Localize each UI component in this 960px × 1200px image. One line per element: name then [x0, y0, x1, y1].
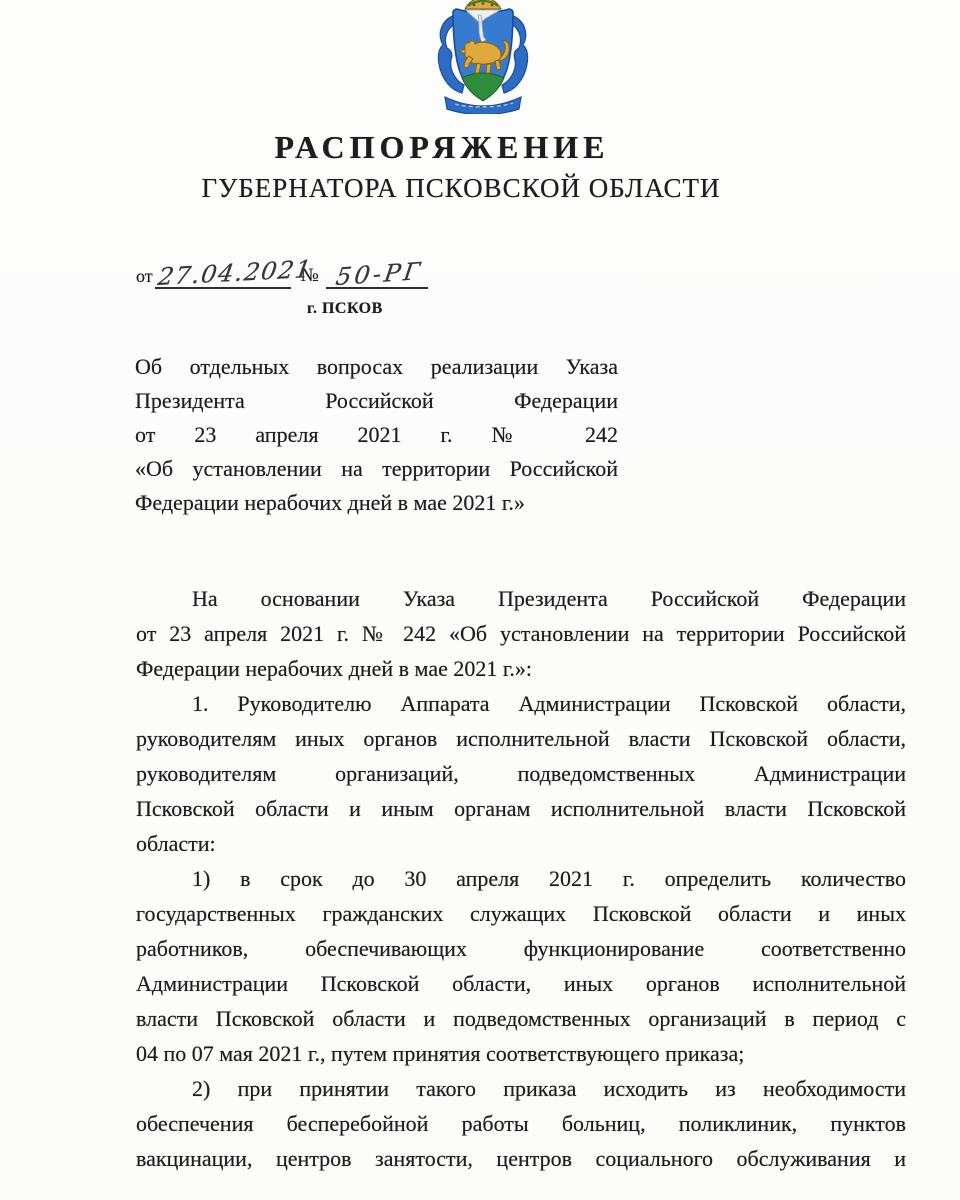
- body-line: Псковской области и иным органам исполни…: [136, 791, 906, 826]
- body-line: На основании Указа Президента Российской…: [136, 581, 906, 616]
- subject-line: Федерации нерабочих дней в мае 2021 г.»: [135, 486, 618, 520]
- body-line: от 23 апреля 2021 г. № 242 «Об установле…: [136, 616, 906, 651]
- subject-line: от 23 апреля 2021 г. № 242: [135, 418, 618, 452]
- body-line: Федерации нерабочих дней в мае 2021 г.»:: [136, 651, 906, 686]
- document-authority-title: ГУБЕРНАТОРА ПСКОВСКОЙ ОБЛАСТИ: [0, 173, 922, 204]
- subject-block: Об отдельных вопросах реализации Указа П…: [135, 350, 618, 520]
- paragraph-preamble: На основании Указа Президента Российской…: [136, 581, 906, 686]
- body-line: Администрации Псковской области, иных ор…: [136, 966, 906, 1001]
- body-line: руководителям организаций, подведомствен…: [136, 756, 906, 791]
- paragraph-subitem-2: 2) при принятии такого приказа исходить …: [136, 1071, 906, 1176]
- crown-icon: [465, 0, 501, 9]
- body-line: 1) в срок до 30 апреля 2021 г. определит…: [136, 861, 906, 896]
- number-field: 50-РГ: [326, 255, 428, 289]
- document-body: На основании Указа Президента Российской…: [136, 581, 906, 1176]
- body-line: работников, обеспечивающих функционирова…: [136, 931, 906, 966]
- place-label: г. ПСКОВ: [307, 300, 383, 318]
- body-line: вакцинации, центров занятости, центров с…: [136, 1141, 906, 1176]
- body-line: власти Псковской области и подведомствен…: [136, 1001, 906, 1036]
- body-line: государственных гражданских служащих Пск…: [136, 896, 906, 931]
- paragraph-item-1: 1. Руководителю Аппарата Администрации П…: [136, 686, 906, 861]
- document-kind-title: РАСПОРЯЖЕНИЕ: [0, 129, 884, 166]
- body-line: области:: [136, 826, 906, 861]
- body-line: 2) при принятии такого приказа исходить …: [136, 1071, 906, 1106]
- paragraph-subitem-1: 1) в срок до 30 апреля 2021 г. определит…: [136, 861, 906, 1071]
- scanned-document-page: РАСПОРЯЖЕНИЕ ГУБЕРНАТОРА ПСКОВСКОЙ ОБЛАС…: [0, 0, 960, 1200]
- body-line: руководителям иных органов исполнительно…: [136, 721, 906, 756]
- date-prefix-label: от: [136, 266, 153, 289]
- green-ground: [462, 73, 504, 101]
- subject-line: Об отдельных вопросах реализации Указа: [135, 350, 618, 384]
- handwritten-date: 27.04.2021: [156, 255, 314, 291]
- subject-line: «Об установлении на территории Российско…: [135, 452, 618, 486]
- pskov-region-coat-of-arms-icon: [432, 0, 534, 114]
- date-field: 27.04.2021: [155, 255, 291, 289]
- handwritten-number: 50-РГ: [334, 257, 425, 291]
- body-line: обеспечения бесперебойной работы больниц…: [136, 1106, 906, 1141]
- body-line: 1. Руководителю Аппарата Администрации П…: [136, 686, 906, 721]
- coat-of-arms-svg: [432, 0, 534, 114]
- date-number-row: от 27.04.2021 № 50-РГ: [136, 255, 428, 289]
- body-line: 04 по 07 мая 2021 г., путем принятия соо…: [136, 1036, 906, 1071]
- subject-line: Президента Российской Федерации: [135, 384, 618, 418]
